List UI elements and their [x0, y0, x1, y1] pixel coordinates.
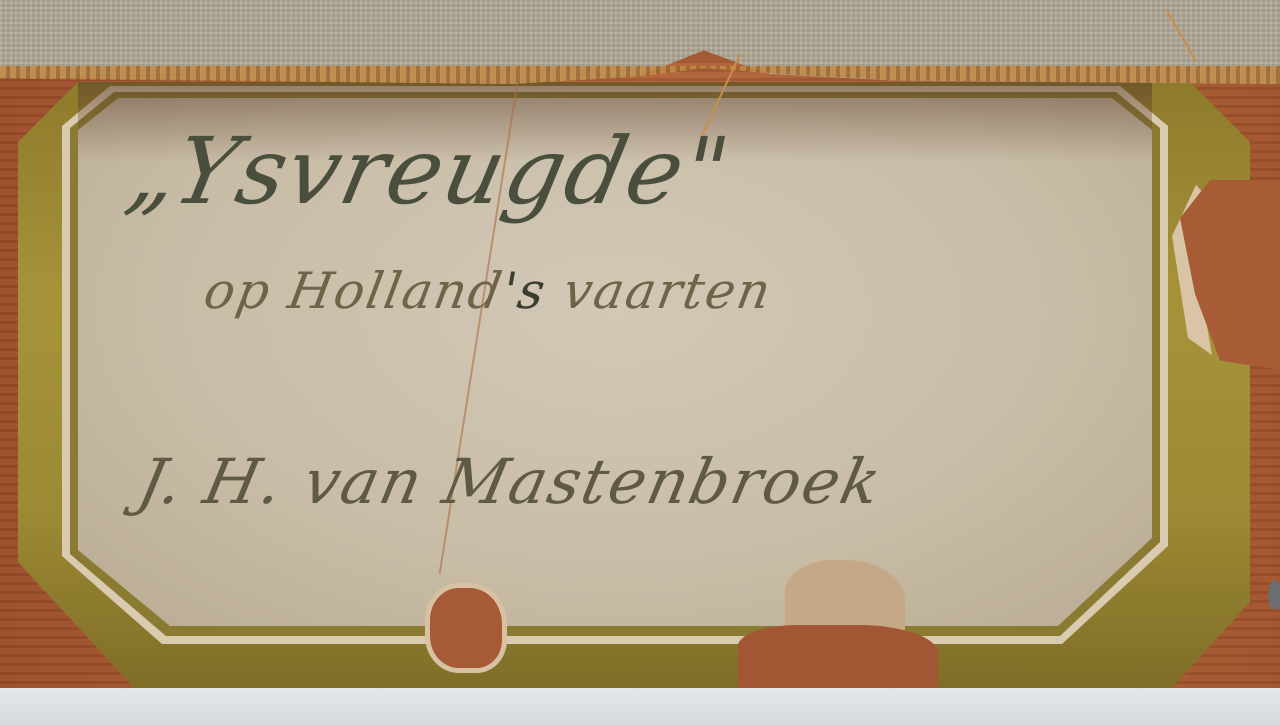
torn-hole-middle	[738, 625, 938, 695]
screw-head	[1268, 580, 1280, 610]
label-subtitle: op Holland's vaarten	[200, 262, 777, 320]
label-title: „Ysvreugde"	[119, 118, 740, 225]
subtitle-end: vaarten	[541, 262, 777, 320]
subtitle-text: op Holland	[200, 262, 508, 320]
white-mat-board	[0, 688, 1280, 725]
label-artist-name: J. H. van Mastenbroek	[132, 445, 889, 518]
torn-hole-left	[430, 588, 502, 668]
